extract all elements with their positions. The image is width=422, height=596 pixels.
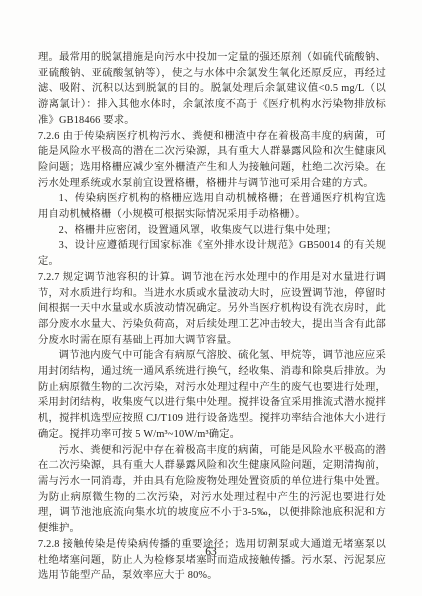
- document-body: 理。最常用的脱氯措施是向污水中投加一定量的强还原剂（如硫代硫酸钠、亚硫酸钠、亚硫…: [38, 50, 386, 584]
- document-page: 理。最常用的脱氯措施是向污水中投加一定量的强还原剂（如硫代硫酸钠、亚硫酸钠、亚硫…: [0, 0, 422, 596]
- paragraph-regulating-tank-gas: 调节池内废气中可能含有病原气溶胶、硫化氢、甲烷等，调节池应应采用封闭结构，通过统…: [38, 348, 386, 442]
- list-item-2: 2、格栅井应密闭，设置通风罩，收集废气以进行集中处理；: [38, 223, 386, 239]
- page-number: 63: [0, 546, 422, 558]
- paragraph-section-7-2-8: 7.2.8 接触传染是传染病传播的重要途径；选用切割泵或大通道无堵塞泵以杜绝堵塞…: [38, 537, 386, 584]
- paragraph-section-7-2-6: 7.2.6 由于传染病医疗机构污水、粪便和栅渣中存在着极高丰度的病菌，可能是风险…: [38, 129, 386, 192]
- paragraph-sludge-handling: 污水、粪便和污泥中存在着极高丰度的病菌，可能是风险水平极高的潜在二次污染源，具有…: [38, 443, 386, 537]
- list-item-3: 3、设计应遵循现行国家标准《室外排水设计规范》GB50014 的有关规定。: [38, 238, 386, 269]
- paragraph-continuation: 理。最常用的脱氯措施是向污水中投加一定量的强还原剂（如硫代硫酸钠、亚硫酸钠、亚硫…: [38, 50, 386, 129]
- list-item-1: 1、传染病医疗机构的格栅应选用自动机械格栅；在普通医疗机构宜选用自动机械格栅（小…: [38, 191, 386, 222]
- paragraph-section-7-2-7: 7.2.7 规定调节池容积的计算。调节池在污水处理中的作用是对水量进行调节，对水…: [38, 270, 386, 349]
